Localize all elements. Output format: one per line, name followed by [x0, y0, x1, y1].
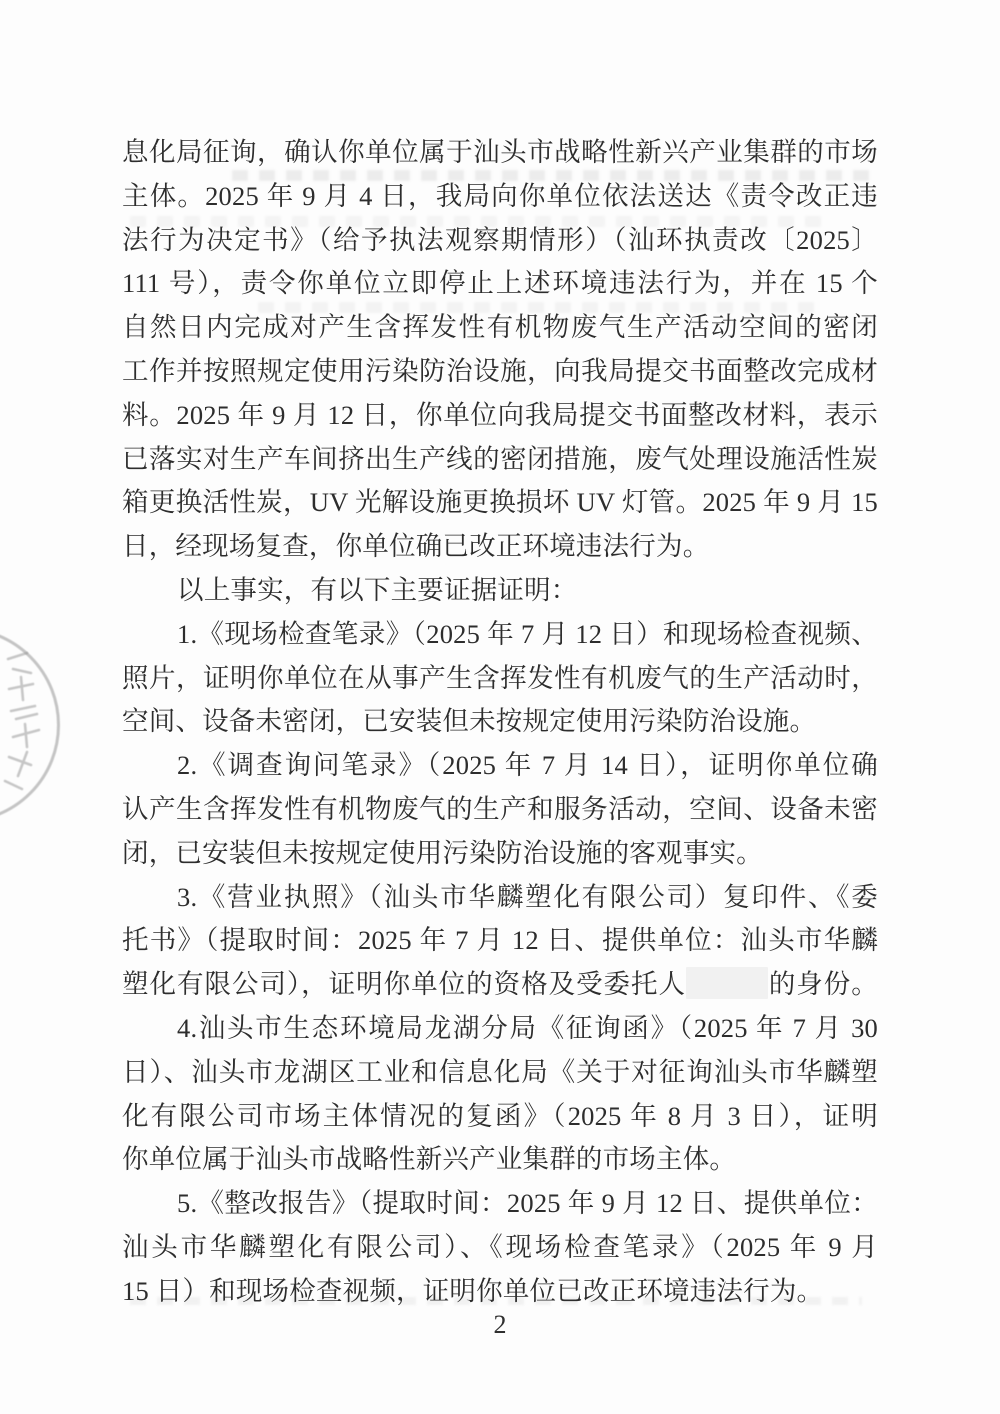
text-line: 主体。2025 年 9 月 4 日，我局向你单位依法送达《责令改正违 — [122, 175, 878, 219]
text-line: 照片，证明你单位在从事产生含挥发性有机废气的生产活动时， — [122, 657, 878, 701]
text-line: 日）、汕头市龙湖区工业和信息化局《关于对征询汕头市华麟塑 — [122, 1051, 878, 1095]
text-line: 已落实对生产车间挤出生产线的密闭措施，废气处理设施活性炭 — [122, 438, 878, 482]
text-line: 化有限公司市场主体情况的复函》（2025 年 8 月 3 日），证明 — [122, 1095, 878, 1139]
text-line: 托书》（提取时间：2025 年 7 月 12 日、提供单位：汕头市华麟 — [122, 919, 878, 963]
text-line: 111 号），责令你单位立即停止上述环境违法行为，并在 15 个 — [122, 262, 878, 306]
text-line: 日，经现场复查，你单位确已改正环境违法行为。 — [122, 525, 878, 569]
text-line: 工作并按照规定使用污染防治设施，向我局提交书面整改完成材 — [122, 350, 878, 394]
text-line: 闭，已安装但未按规定使用污染防治设施的客观事实。 — [122, 832, 878, 876]
seal-characters — [0, 645, 60, 805]
text-line: 息化局征询，确认你单位属于汕头市战略性新兴产业集群的市场 — [122, 131, 878, 175]
text-line: 3.《营业执照》（汕头市华麟塑化有限公司）复印件、《委 — [122, 876, 878, 920]
text-line: 空间、设备未密闭，已安装但未按规定使用污染防治设施。 — [122, 700, 878, 744]
paragraph: 2.《调查询问笔录》（2025 年 7 月 14 日），证明你单位确认产生含挥发… — [122, 744, 878, 875]
page-number: 2 — [122, 1310, 878, 1340]
paragraph: 3.《营业执照》（汕头市华麟塑化有限公司）复印件、《委托书》（提取时间：2025… — [122, 876, 878, 1007]
text-line: 法行为决定书》（给予执法观察期情形）（汕环执责改〔2025〕 — [122, 219, 878, 263]
text-line: 料。2025 年 9 月 12 日，你单位向我局提交书面整改材料，表示 — [122, 394, 878, 438]
text-segment: 塑化有限公司），证明你单位的资格及受委托人 — [122, 969, 686, 999]
text-line: 5.《整改报告》（提取时间：2025 年 9 月 12 日、提供单位： — [122, 1182, 878, 1226]
text-segment: 的身份。 — [768, 969, 878, 999]
paragraph: 5.《整改报告》（提取时间：2025 年 9 月 12 日、提供单位：汕头市华麟… — [122, 1182, 878, 1313]
text-line: 自然日内完成对产生含挥发性有机物废气生产活动空间的密闭 — [122, 306, 878, 350]
text-line: 1.《现场检查笔录》（2025 年 7 月 12 日）和现场检查视频、 — [122, 613, 878, 657]
redaction-box — [686, 967, 768, 999]
paragraph: 以上事实，有以下主要证据证明： — [122, 569, 878, 613]
text-line: 2.《调查询问笔录》（2025 年 7 月 14 日），证明你单位确 — [122, 744, 878, 788]
scanned-document-page: 息化局征询，确认你单位属于汕头市战略性新兴产业集群的市场主体。2025 年 9 … — [0, 0, 1000, 1414]
text-line: 塑化有限公司），证明你单位的资格及受委托人的身份。 — [122, 963, 878, 1007]
text-line: 15 日）和现场检查视频，证明你单位已改正环境违法行为。 — [122, 1270, 878, 1314]
text-line: 认产生含挥发性有机物废气的生产和服务活动，空间、设备未密 — [122, 788, 878, 832]
text-line: 你单位属于汕头市战略性新兴产业集群的市场主体。 — [122, 1138, 878, 1182]
text-line: 以上事实，有以下主要证据证明： — [122, 569, 878, 613]
document-body: 息化局征询，确认你单位属于汕头市战略性新兴产业集群的市场主体。2025 年 9 … — [122, 131, 878, 1314]
text-line: 箱更换活性炭，UV 光解设施更换损坏 UV 灯管。2025 年 9 月 15 — [122, 481, 878, 525]
text-line: 4.汕头市生态环境局龙湖分局《征询函》（2025 年 7 月 30 — [122, 1007, 878, 1051]
paragraph: 4.汕头市生态环境局龙湖分局《征询函》（2025 年 7 月 30日）、汕头市龙… — [122, 1007, 878, 1182]
paragraph: 息化局征询，确认你单位属于汕头市战略性新兴产业集群的市场主体。2025 年 9 … — [122, 131, 878, 569]
text-line: 汕头市华麟塑化有限公司）、《现场检查笔录》（2025 年 9 月 — [122, 1226, 878, 1270]
paragraph: 1.《现场检查笔录》（2025 年 7 月 12 日）和现场检查视频、照片，证明… — [122, 613, 878, 744]
